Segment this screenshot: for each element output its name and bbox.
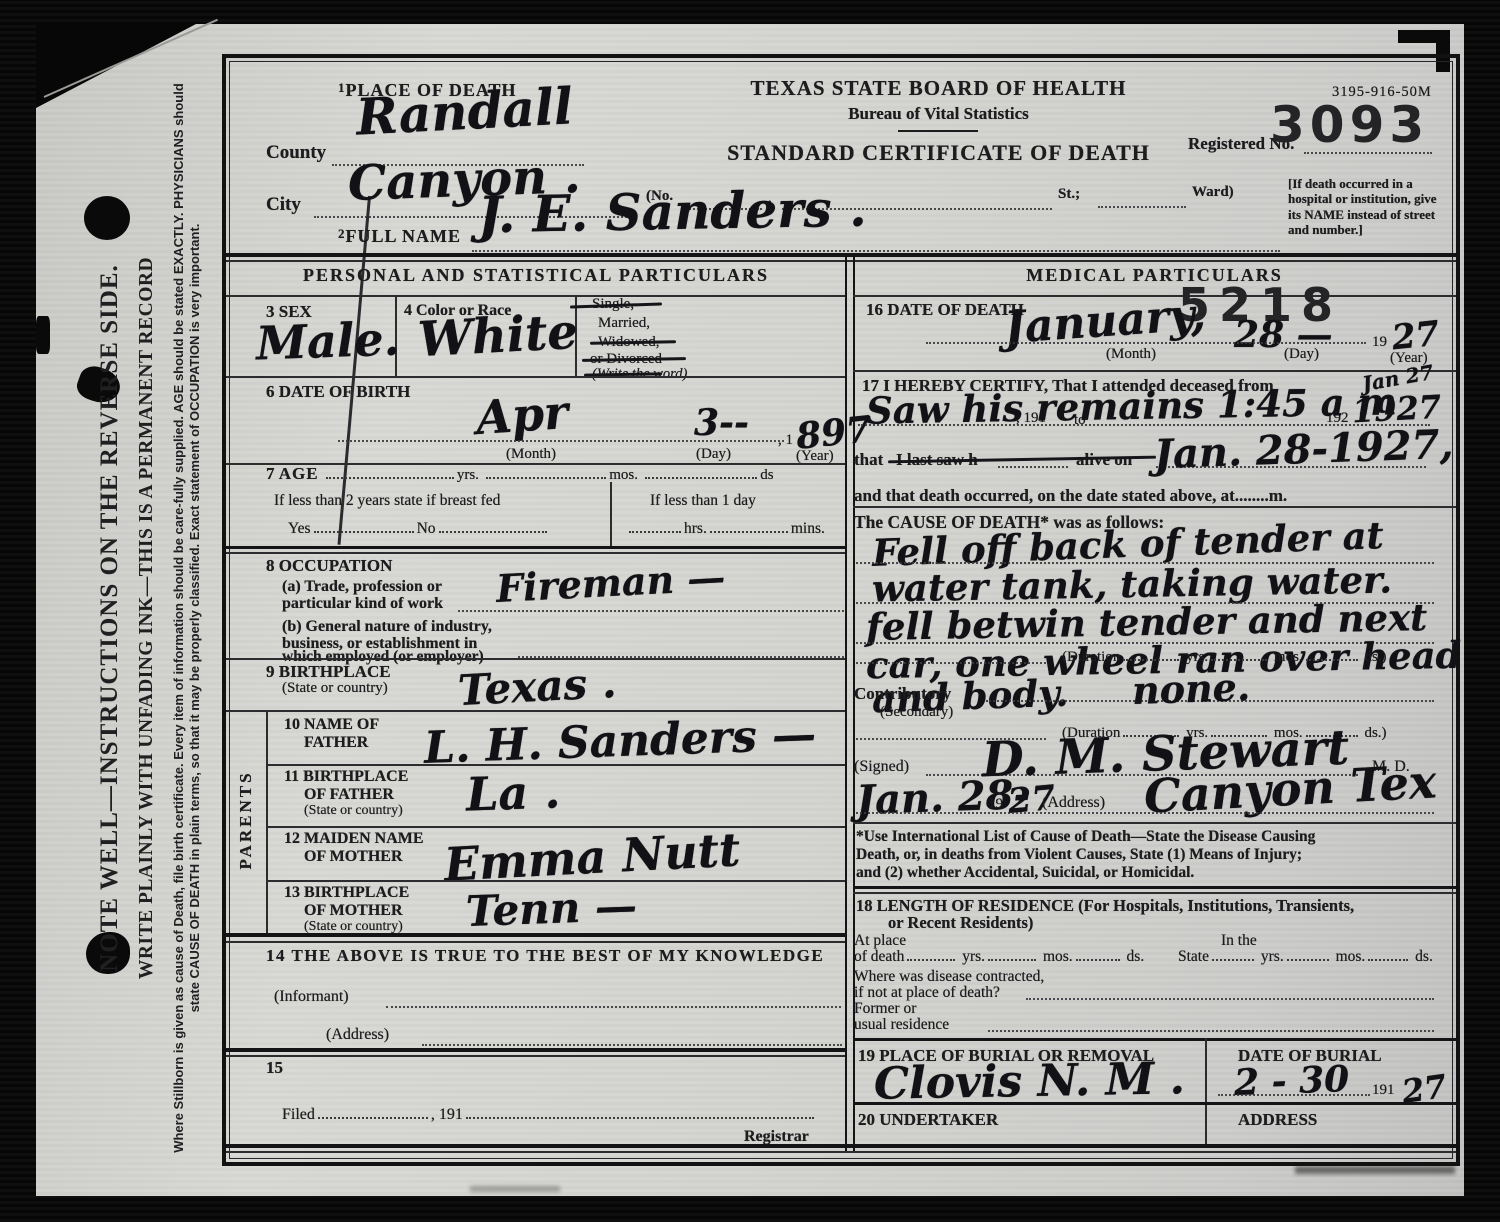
divider xyxy=(226,546,845,549)
attest-label: 14 THE ABOVE IS TRUE TO THE BEST OF MY K… xyxy=(266,946,824,966)
birth-month-value: Apr xyxy=(474,385,570,445)
filed-num: 15 xyxy=(266,1058,283,1078)
divider xyxy=(226,1048,845,1052)
filed-label: Filed xyxy=(282,1106,315,1123)
certify-line3: and that death occurred, on the date sta… xyxy=(854,486,1287,506)
sidebar-write-plainly: WRITE PLAINLY WITH UNFADING INK—THIS IS … xyxy=(136,66,158,1170)
residence-label2: or Recent Residents) xyxy=(888,913,1033,933)
birthplace-sub: (State or country) xyxy=(282,680,388,697)
mother-name-label2: OF MOTHER xyxy=(304,848,403,866)
registered-number-stamp: 3093 xyxy=(1270,96,1429,154)
certificate-title: STANDARD CERTIFICATE OF DEATH xyxy=(646,140,1231,166)
father-name-label2: FATHER xyxy=(304,734,368,752)
rule xyxy=(853,506,1456,508)
mother-bp-text1: BIRTHPLACE xyxy=(304,884,409,901)
occupation-a-value: Fireman — xyxy=(495,554,726,611)
race-value: White xyxy=(417,304,579,368)
mother-bp-label2: OF MOTHER xyxy=(304,902,403,920)
state-yrs: yrs. xyxy=(1261,948,1284,965)
birthplace-label: 9 BIRTHPLACE xyxy=(266,662,391,682)
dotted-leader xyxy=(907,948,955,961)
mother-bp-label1: 13 BIRTHPLACE xyxy=(284,884,409,902)
rule xyxy=(226,295,845,297)
duration-label: (Duration xyxy=(1062,649,1120,665)
print-remnant xyxy=(470,1186,560,1192)
death-year-printed: 19 xyxy=(1372,334,1387,351)
hospital-note: [If death occurred in a hospital or inst… xyxy=(1288,176,1448,237)
occupation-num: 8 xyxy=(266,556,275,575)
certify-that: that xyxy=(854,450,883,470)
occupation-text: OCCUPATION xyxy=(279,556,393,575)
signed-label: (Signed) xyxy=(854,758,909,776)
dotted-leader xyxy=(1211,648,1267,661)
res-mos: mos. xyxy=(1043,948,1073,965)
dotted-line xyxy=(458,610,844,612)
father-bp-label1: 11 BIRTHPLACE xyxy=(284,768,408,786)
death-date-num: 16 xyxy=(866,300,883,319)
undertaker-num: 20 xyxy=(858,1110,875,1129)
mother-bp-num: 13 xyxy=(284,884,300,901)
contributory-value: none. xyxy=(1131,664,1251,713)
divider-thin xyxy=(226,941,845,943)
filed-row: Filed, 191 xyxy=(282,1106,817,1124)
dotted-line xyxy=(1026,998,1434,1000)
divider-thin xyxy=(226,260,1456,262)
divider-thin xyxy=(853,892,1456,894)
death-month-value: January, xyxy=(1002,289,1207,354)
race-num: 4 xyxy=(404,302,412,319)
undertaker-label: 20 UNDERTAKER xyxy=(858,1110,998,1130)
duration-yrs: yrs. xyxy=(1186,649,1208,665)
duration2-ds: ds.) xyxy=(1364,725,1386,741)
father-name-num: 10 xyxy=(284,716,300,733)
residence-num: 18 xyxy=(856,896,873,915)
footnote-line1: *Use International List of Cause of Deat… xyxy=(856,828,1315,846)
dotted-leader xyxy=(629,520,681,533)
scanned-death-certificate: { "header": { "field1_num": "1", "field1… xyxy=(0,0,1500,1222)
death-month-cap: (Month) xyxy=(1106,346,1156,363)
signed-date-value: Jan. 28- xyxy=(855,771,1031,824)
secondary-label: (Secondary) xyxy=(880,704,953,721)
dotted-line xyxy=(926,342,1366,344)
sidebar-stillborn-note: Where Stillborn is given as cause of Dea… xyxy=(171,66,204,1170)
dotted-leader xyxy=(988,948,1036,961)
board-title: TEXAS STATE BOARD OF HEALTH xyxy=(646,76,1231,101)
age-num: 7 xyxy=(266,464,275,483)
ward-label: Ward) xyxy=(1192,184,1234,201)
father-bp-num: 11 xyxy=(284,768,299,785)
of-death-label: of death xyxy=(854,948,904,965)
birthplace-text: BIRTHPLACE xyxy=(279,662,391,681)
less-than-day-note: If less than 1 day xyxy=(650,492,756,510)
undertaker-address-label: ADDRESS xyxy=(1238,1110,1317,1130)
edge-mark xyxy=(36,316,50,354)
attest-num: 14 xyxy=(266,946,286,965)
burial-num: 19 xyxy=(858,1046,875,1065)
dotted-leader xyxy=(1287,948,1329,961)
dotted-leader xyxy=(326,466,454,479)
birth-year-printed: , 1 xyxy=(778,432,793,449)
birth-day-cap: (Day) xyxy=(696,446,731,463)
dotted-line xyxy=(338,440,784,442)
no-label: No xyxy=(417,520,436,537)
footnote-line2: Death, or, in deaths from Violent Causes… xyxy=(856,846,1302,864)
city-label: City xyxy=(266,194,301,216)
dotted-line xyxy=(472,250,1280,252)
personal-section-title: PERSONAL AND STATISTICAL PARTICULARS xyxy=(226,265,846,286)
breast-fed-note: If less than 2 years state if breast fed xyxy=(274,492,500,510)
medical-section-title: MEDICAL PARTICULARS xyxy=(853,265,1456,286)
age-row: 7 AGE yrs. mos. ds xyxy=(266,464,774,484)
informant-label: (Informant) xyxy=(274,988,349,1006)
birthdate-num: 6 xyxy=(266,382,275,401)
age-label: AGE xyxy=(279,464,319,483)
field1-num: 1 xyxy=(338,80,346,95)
attest-text: THE ABOVE IS TRUE TO THE BEST OF MY KNOW… xyxy=(291,946,824,965)
occupation-b1: (b) General nature of industry, xyxy=(282,618,492,636)
divider xyxy=(226,253,1456,257)
mother-name-num: 12 xyxy=(284,830,300,847)
birthdate-text: DATE OF BIRTH xyxy=(279,382,411,401)
informant-address-label: (Address) xyxy=(326,1026,389,1044)
divider-thin xyxy=(226,1055,845,1057)
father-bp-text1: BIRTHPLACE xyxy=(303,768,408,785)
rule xyxy=(226,658,845,660)
dotted-line xyxy=(856,812,1434,814)
hrs-label: hrs. xyxy=(684,520,707,537)
marital-married: Married, xyxy=(598,315,650,332)
rule xyxy=(266,880,845,882)
father-bp-label2: OF FATHER xyxy=(304,786,394,804)
parents-label: PARENTS xyxy=(236,760,256,880)
cell-divider xyxy=(610,482,612,546)
father-name-label1: 10 NAME OF xyxy=(284,716,379,734)
full-name-value: J. E. Sanders . xyxy=(478,179,867,245)
death-date-label: 16 DATE OF DEATH xyxy=(866,300,1024,320)
father-bp-value: La . xyxy=(465,764,561,821)
state-label: State xyxy=(1178,948,1209,965)
age-yrs: yrs. xyxy=(457,467,479,483)
footnote-line3: and (2) whether Accidental, Suicidal, or… xyxy=(856,864,1194,882)
parents-strip-divider xyxy=(266,710,268,933)
divider xyxy=(853,886,1456,889)
short-rule xyxy=(898,130,978,132)
mother-name-text1: MAIDEN NAME xyxy=(304,830,424,847)
birthplace-num: 9 xyxy=(266,662,275,681)
dotted-leader xyxy=(1212,948,1254,961)
dotted-leader xyxy=(314,520,414,533)
state-row: State yrs. mos. ds. xyxy=(1178,948,1433,966)
burial-year-printed: 191 xyxy=(1372,1082,1395,1099)
bureau-title: Bureau of Vital Statistics xyxy=(646,104,1231,124)
father-name-text1: NAME OF xyxy=(304,716,379,733)
dotted-leader xyxy=(645,466,757,479)
res-yrs: yrs. xyxy=(962,948,985,965)
field2-text: FULL NAME xyxy=(346,226,462,246)
mother-name-label1: 12 MAIDEN NAME xyxy=(284,830,424,848)
dotted-leader xyxy=(1306,648,1358,661)
occupation-a1: (a) Trade, profession or xyxy=(282,578,442,596)
duration-mos: mos. xyxy=(1274,649,1303,665)
sex-value: Male. xyxy=(255,312,400,371)
birthplace-value: Texas . xyxy=(457,658,618,715)
undertaker-text: UNDERTAKER xyxy=(879,1110,998,1129)
state-mos: mos. xyxy=(1336,948,1366,965)
occupation-a2: particular kind of work xyxy=(282,595,443,613)
yes-label: Yes xyxy=(288,520,311,537)
death-day-cap: (Day) xyxy=(1284,346,1319,363)
burial-date-value: 2 - 30 xyxy=(1233,1058,1350,1104)
former-label2: usual residence xyxy=(854,1016,949,1034)
field2-label: 2FULL NAME xyxy=(338,226,461,247)
mins-label: mins. xyxy=(791,520,825,537)
filed-year-printed: 191 xyxy=(439,1106,463,1123)
birthdate-label: 6 DATE OF BIRTH xyxy=(266,382,410,402)
dotted-leader xyxy=(486,466,606,479)
yes-no-row: YesNo xyxy=(288,520,550,538)
certify-strike2: alive on xyxy=(1076,450,1132,470)
dotted-leader xyxy=(1368,948,1408,961)
divider xyxy=(853,1038,1456,1041)
print-remnant xyxy=(1295,1166,1455,1174)
bottom-divider-thin xyxy=(226,1151,1456,1153)
dotted-leader xyxy=(318,1106,428,1119)
dotted-line xyxy=(386,1006,841,1008)
signed-year-printed: 19 xyxy=(988,796,1003,813)
dotted-leader xyxy=(1076,948,1120,961)
birth-month-cap: (Month) xyxy=(506,446,556,463)
divider xyxy=(226,933,845,937)
dotted-leader xyxy=(710,520,788,533)
county-label: County xyxy=(266,142,326,164)
dotted-line xyxy=(1098,206,1186,208)
signed-address-label: (Address) xyxy=(1042,794,1105,812)
divider-thin xyxy=(226,552,845,554)
occupation-label: 8 OCCUPATION xyxy=(266,556,392,576)
divider xyxy=(853,1102,1456,1105)
field2-num: 2 xyxy=(338,226,346,241)
birth-day-value: 3-- xyxy=(694,402,749,444)
of-death-row: of death yrs. mos. ds. xyxy=(854,948,1144,966)
dotted-leader xyxy=(439,520,547,533)
age-mos: mos. xyxy=(609,467,638,483)
dotted-line xyxy=(998,466,1068,468)
dotted-leader xyxy=(466,1106,814,1119)
age-ds: ds xyxy=(760,467,773,483)
rule xyxy=(853,822,1456,824)
hrs-mins-row: hrs.mins. xyxy=(626,520,825,538)
dotted-line xyxy=(1218,1094,1370,1096)
rule xyxy=(266,826,845,828)
rule xyxy=(226,376,845,378)
contributory-label: Contributory xyxy=(854,684,951,704)
st-label: St.; xyxy=(1058,186,1080,203)
dotted-leader xyxy=(1123,648,1179,661)
res-ds: ds. xyxy=(1127,948,1145,965)
bottom-divider xyxy=(226,1144,1456,1148)
state-ds: ds. xyxy=(1415,948,1433,965)
burial-cell-divider xyxy=(1205,1038,1207,1144)
dotted-line xyxy=(988,1030,1434,1032)
county-value: Randall xyxy=(355,76,575,146)
certificate-frame: 1PLACE OF DEATH County Randall City Cany… xyxy=(222,54,1460,1166)
father-bp-sub: (State or country) xyxy=(304,803,403,819)
certify-hw-line2: Jan. 28-1927, xyxy=(1153,421,1454,478)
mother-bp-value: Tenn — xyxy=(465,881,637,936)
duration-ds: ds.) xyxy=(1364,649,1386,665)
dotted-line xyxy=(856,662,1046,664)
dotted-line xyxy=(422,1044,842,1046)
sidebar-note-well: NOTE WELL—INSTRUCTIONS ON THE REVERSE SI… xyxy=(96,66,124,1170)
cause-duration-row: (Duration yrs. mos. ds.) xyxy=(1062,648,1387,666)
